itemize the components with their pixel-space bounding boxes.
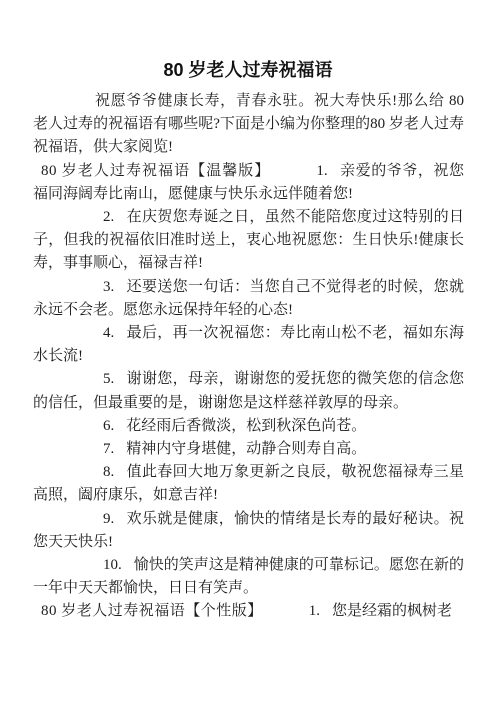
list-item: 5.谢谢您，母亲，谢谢您的爱抚您的微笑您的信念您的信任，但最重要的是，谢谢您是这… [33, 368, 464, 414]
intro-paragraph: 祝愿爷爷健康长寿，青春永驻。祝大寿快乐!那么给 80 老人过寿的祝福语有哪些呢?… [33, 90, 464, 160]
tab-gap [263, 614, 309, 615]
list-item-number: 10. [103, 557, 122, 573]
list-item: 10.愉快的笑声这是精神健康的可靠标记。愿您在新的一年中天天都愉快，日日有笑声。 [33, 554, 464, 600]
document-page: 80 岁老人过寿祝福语 祝愿爷爷健康长寿，青春永驻。祝大寿快乐!那么给 80 老… [0, 0, 496, 702]
list-item: 8.值此春回大地万象更新之良辰，敬祝您福禄寿三星高照，阖府康乐，如意吉祥! [33, 461, 464, 507]
list-item-text: 花经雨后香微淡，松到秋深色尚苍。 [126, 418, 366, 434]
list-item-text: 精神内守身堪健，动静合则寿自高。 [126, 441, 366, 457]
list-item-number: 3. [103, 279, 114, 295]
section-heading-line-warm: 80 岁老人过寿祝福语【温馨版】1.亲爱的爷爷，祝您福同海阔寿比南山，愿健康与快… [33, 160, 464, 206]
section-label-personality: 80 岁老人过寿祝福语【个性版】 [41, 603, 263, 619]
list-item: 7.精神内守身堪健，动静合则寿自高。 [33, 438, 464, 461]
list-item-text: 谢谢您，母亲，谢谢您的爱抚您的微笑您的信念您的信任，但最重要的是，谢谢您是这样慈… [33, 371, 464, 410]
document-title: 80 岁老人过寿祝福语 [33, 56, 463, 84]
list-item: 3.还要送您一句话：当您自己不觉得老的时候，您就永远不会老。愿您永远保持年轻的心… [33, 276, 464, 322]
list-item-number: 6. [103, 418, 114, 434]
list-item: 4.最后，再一次祝福您：寿比南山松不老，福如东海水长流! [33, 322, 464, 368]
list-item-text: 在庆贺您寿诞之日，虽然不能陪您度过这特别的日子，但我的祝福依旧准时送上，衷心地祝… [33, 209, 464, 271]
list-item-number: 4. [103, 325, 114, 341]
tab-gap [270, 174, 316, 175]
list-item-text: 还要送您一句话：当您自己不觉得老的时候，您就永远不会老。愿您永远保持年轻的心态! [33, 279, 464, 318]
document-body: 祝愿爷爷健康长寿，青春永驻。祝大寿快乐!那么给 80 老人过寿的祝福语有哪些呢?… [33, 90, 464, 624]
list-item-text: 最后，再一次祝福您：寿比南山松不老，福如东海水长流! [33, 325, 464, 364]
list-item-number: 9. [103, 511, 114, 527]
list-item-text: 愉快的笑声这是精神健康的可靠标记。愿您在新的一年中天天都愉快，日日有笑声。 [33, 557, 464, 596]
list-item-number: 2. [103, 209, 114, 225]
list-item-text: 您是经霜的枫树老 [332, 603, 452, 619]
list-item: 2.在庆贺您寿诞之日，虽然不能陪您度过这特别的日子，但我的祝福依旧准时送上，衷心… [33, 206, 464, 276]
list-item: 9.欢乐就是健康，愉快的情绪是长寿的最好秘诀。祝您天天快乐! [33, 508, 464, 554]
list-item-text: 欢乐就是健康，愉快的情绪是长寿的最好秘诀。祝您天天快乐! [33, 511, 464, 550]
section-label-warm: 80 岁老人过寿祝福语【温馨版】 [41, 163, 270, 179]
list-item-number: 8. [103, 464, 114, 480]
list-item-number: 5. [103, 371, 114, 387]
section-heading-line-personality: 80 岁老人过寿祝福语【个性版】1.您是经霜的枫树老 [33, 600, 464, 623]
list-item-text: 值此春回大地万象更新之良辰，敬祝您福禄寿三星高照，阖府康乐，如意吉祥! [33, 464, 464, 503]
list-item: 6.花经雨后香微淡，松到秋深色尚苍。 [33, 415, 464, 438]
list-item-number: 7. [103, 441, 114, 457]
list-item-number: 1. [309, 603, 320, 619]
list-item-number: 1. [316, 163, 327, 179]
